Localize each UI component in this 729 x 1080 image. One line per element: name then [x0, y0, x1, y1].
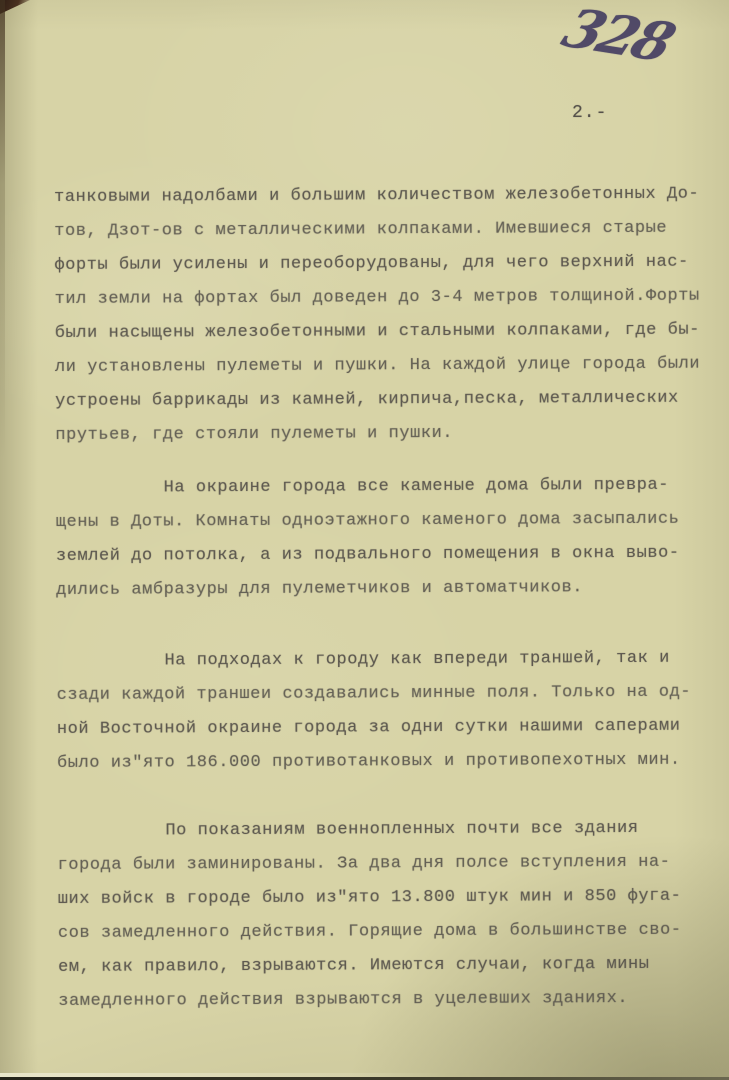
text-line: танковыми надолбами и большим количество…: [54, 178, 718, 215]
handwritten-page-number: 328: [553, 0, 684, 76]
text-line: ших войск в городе было из"ято 13.800 шт…: [58, 880, 722, 917]
text-line: щены в Доты. Комнаты одноэтажного камено…: [56, 503, 720, 540]
text-line: сзади каждой траншеи создавались минные …: [57, 676, 721, 713]
text-line: На окраине города все каменые дома были …: [56, 469, 720, 506]
text-line: сов замедленного действия. Горящие дома …: [58, 914, 722, 951]
typed-page-number: 2.-: [572, 103, 607, 123]
paragraph: танковыми надолбами и большим количество…: [54, 178, 719, 453]
text-line: тил земли на фортах был доведен до 3-4 м…: [55, 280, 719, 317]
text-line: На подходах к городу как впереди траншей…: [56, 642, 720, 679]
text-line: было из"ято 186.000 противотанковых и пр…: [57, 744, 721, 781]
text-line: ной Восточной окраине города за одни сут…: [57, 710, 721, 747]
text-line: дились амбразуры для пулеметчиков и авто…: [56, 571, 720, 608]
text-line: города были заминированы. За два дня пол…: [57, 846, 721, 883]
text-line: были насыщены железобетонными и стальным…: [55, 314, 719, 351]
text-line: форты были усилены и переоборудованы, дл…: [54, 246, 718, 283]
page-left-crease: [0, 0, 5, 460]
paragraph: По показаниям военнопленных почти все зд…: [57, 812, 722, 1019]
text-line: ем, как правило, взрываются. Имеются слу…: [58, 948, 722, 985]
paragraph: На окраине города все каменые дома были …: [56, 469, 721, 608]
text-line: прутьев, где стояли пулеметы и пушки.: [55, 416, 719, 453]
text-line: По показаниям военнопленных почти все зд…: [57, 812, 721, 849]
text-line: ли установлены пулеметы и пушки. На кажд…: [55, 348, 719, 385]
paragraph: На подходах к городу как впереди траншей…: [56, 642, 721, 781]
text-line: тов, Дзот-ов с металлическими колпаками.…: [54, 212, 718, 249]
text-line: замедленного действия взрываются в уцеле…: [58, 982, 722, 1019]
document-page: 328 2.- танковыми надолбами и большим ко…: [0, 0, 729, 1080]
text-line: землей до потолка, а из подвального поме…: [56, 537, 720, 574]
text-line: устроены баррикады из камней, кирпича,пе…: [55, 382, 719, 419]
document-body: танковыми надолбами и большим количество…: [54, 178, 722, 1019]
